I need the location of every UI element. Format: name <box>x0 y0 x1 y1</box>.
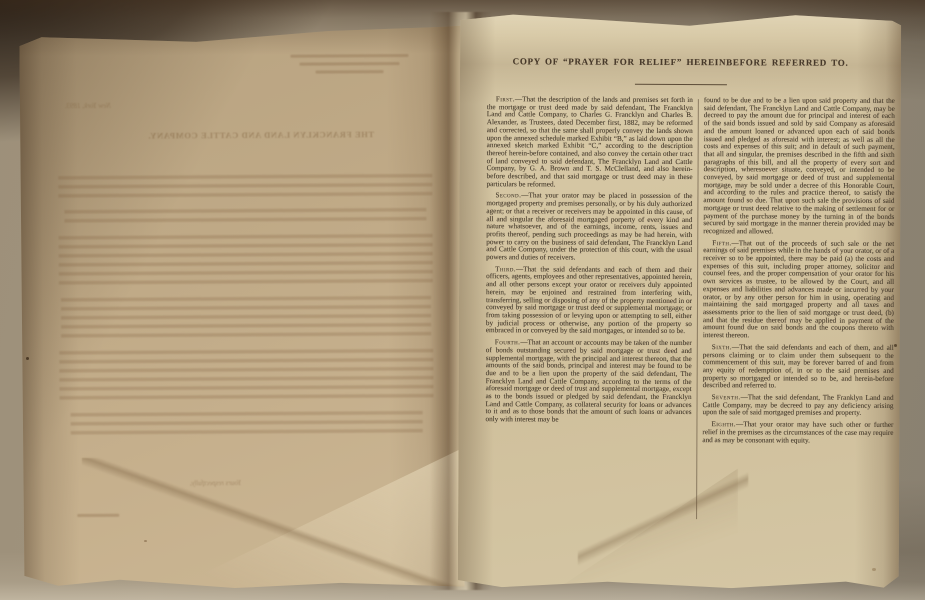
ghost-closing-line: Yours respectfully, <box>190 479 241 487</box>
paragraph-lead: Fourth. <box>495 338 521 346</box>
paragraph: Fourth.—That an account or accounts may … <box>485 339 691 425</box>
ghost-paragraphs <box>58 174 434 440</box>
right-page-crease-line <box>578 443 749 594</box>
paper-speck <box>26 357 29 360</box>
left-page-crease-line <box>82 456 473 598</box>
paragraph-lead: Sixth. <box>712 343 732 351</box>
paragraph-lead: Eighth. <box>711 420 736 428</box>
ghost-line <box>290 54 408 58</box>
paragraph: Second.—That your orator may be placed i… <box>486 193 692 263</box>
ghost-address-block <box>290 54 408 79</box>
paragraph: Seventh.—That the said defendant, The Fr… <box>702 394 893 418</box>
ghost-date-line: New York, 1893. <box>65 102 111 110</box>
ghost-line <box>300 62 399 66</box>
paragraph: Eighth.—That your orator may have such o… <box>702 421 893 445</box>
paragraph: First.—That the description of the lands… <box>486 96 692 189</box>
paragraph: Sixth.—That the said defendants and each… <box>703 344 894 391</box>
paper-speck <box>894 344 897 347</box>
paragraph: Fifth.—That out of the proceeds of such … <box>703 240 894 341</box>
left-page: New York, 1893. THE FRANCKLYN LAND AND C… <box>19 26 464 590</box>
paragraph: Third.—That the said defendants and each… <box>486 266 692 336</box>
ghost-title: THE FRANCKLYN LAND AND CATTLE COMPANY. <box>146 129 376 140</box>
paper-stain <box>872 568 876 571</box>
paragraph-lead: Third. <box>495 265 516 273</box>
paragraph-lead: Fifth. <box>712 239 731 247</box>
paper-stain <box>144 540 147 542</box>
ghost-paragraph <box>59 349 433 405</box>
ghost-paragraph <box>71 411 423 440</box>
page-title: COPY OF “PRAYER FOR RELIEF” HEREINBEFORE… <box>460 56 901 68</box>
title-rule <box>634 84 726 85</box>
paragraph-lead: Seventh. <box>712 393 741 401</box>
photo-of-open-booklet: New York, 1893. THE FRANCKLYN LAND AND C… <box>0 0 925 600</box>
ghost-paragraph <box>58 174 432 203</box>
ghost-paragraph <box>61 296 432 343</box>
paragraph: found to be due and to be a lien upon sa… <box>703 97 895 236</box>
paragraph-lead: First. <box>496 96 515 103</box>
ghost-signature-bar <box>77 514 119 517</box>
ghost-paragraph <box>59 234 433 290</box>
paragraph-lead: Second. <box>495 192 521 200</box>
ghost-line <box>315 70 383 73</box>
ghost-paragraph <box>64 208 427 228</box>
right-page: COPY OF “PRAYER FOR RELIEF” HEREINBEFORE… <box>458 12 902 590</box>
